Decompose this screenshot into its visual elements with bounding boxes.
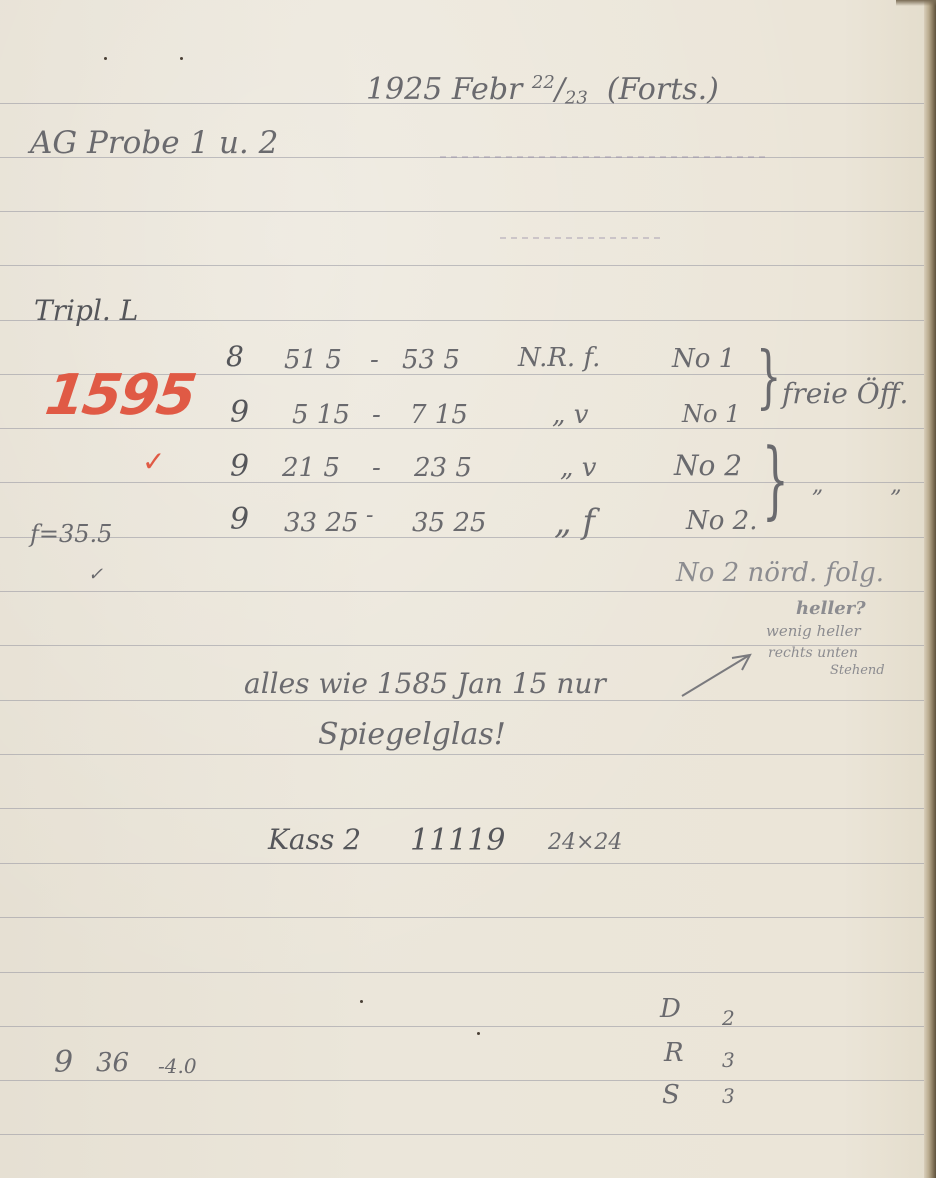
exposure-note: „ v [560,455,596,481]
ruled-line [0,754,924,755]
remark-line2: Spiegelglas! [318,720,506,750]
exposure-sep: - [372,455,381,481]
paper-speck [477,1032,480,1035]
exposure-note: „ v [552,402,588,428]
group1-brace: } [756,344,781,412]
instrument-label: Tripl. L [34,297,138,325]
entry-date: 1925 Febr 22/23 (Forts.) [366,74,719,107]
exposure-sep: - [372,402,381,428]
paper-speck [180,57,183,60]
ruled-line [0,1026,924,1027]
exposure-sep: - [370,347,379,373]
exposure-hour: 8 [226,343,244,371]
notebook-binding-edge [924,0,936,1178]
bleed-through-mark [500,237,660,239]
exposure-hour: 9 [230,398,249,428]
ruled-line [0,808,924,809]
rating-letter: S [662,1082,680,1108]
side-note-line4: rechts unten [768,646,858,660]
ruled-line [0,1134,924,1135]
ruled-line [0,265,924,266]
remark-line1: alles wie 1585 Jan 15 nur [244,670,606,698]
bottom-hour: 9 [54,1048,73,1078]
exposure-end: 35 25 [412,510,486,536]
exposure-note: „ f [554,505,595,539]
ruled-line [0,591,924,592]
paper-speck [104,57,107,60]
ruled-line [0,320,924,321]
exposure-end: 7 15 [410,402,468,428]
paper-speck [360,1000,363,1003]
exposure-series: No 1 [672,346,735,372]
notebook-page: 1925 Febr 22/23 (Forts.) AG Probe 1 u. 2… [0,0,936,1178]
group2-brace: } [762,438,789,522]
exposure-end: 23 5 [414,455,472,481]
exposure-series: No 1 [682,402,740,426]
cassette-number: 11119 [410,826,505,856]
exposure-hour: 9 [230,452,249,482]
side-note-line1: No 2 nörd. folg. [676,560,884,586]
ruled-line [0,211,924,212]
ruled-line [0,1080,924,1081]
bleed-through-mark [440,156,770,158]
exposure-note: N.R. f. [518,345,600,371]
group1-note: freie Öff. [782,380,908,408]
side-note-line2: heller? [796,600,866,618]
group2-ditto: „ „ [812,475,932,497]
bottom-value: -4.0 [158,1056,197,1076]
exposure-start: 5 15 [292,402,350,428]
focus-value: f=35.5 [30,522,112,546]
exposure-hour: 9 [230,505,249,535]
ruled-line [0,863,924,864]
continuation-note: (Forts.) [607,72,719,107]
plate-check-mark: ✓ [142,448,165,476]
ruled-line [0,917,924,918]
cassette-size: 24×24 [548,832,622,854]
exposure-start: 33 25 [284,510,358,536]
exposure-start: 51 5 [284,347,342,373]
cassette-label: Kass 2 [268,826,361,854]
rating-value: 3 [722,1086,735,1106]
bottom-minute: 36 [96,1050,129,1076]
day-denominator: 23 [565,87,588,108]
side-note-line3: wenig heller [766,624,861,639]
subject-heading: AG Probe 1 u. 2 [30,128,278,159]
date-text: 1925 Febr [366,72,522,107]
focus-check-mark: ✓ [88,566,103,584]
exposure-end: 53 5 [402,347,460,373]
rating-letter: R [664,1040,684,1066]
exposure-sep: - [366,505,373,527]
ruled-line [0,972,924,973]
plate-number: 1595 [42,368,198,424]
ruled-line [0,700,924,701]
day-numerator: 22 [532,72,555,93]
rating-value: 2 [722,1008,735,1028]
rating-letter: D [660,996,681,1022]
exposure-series: No 2. [686,508,757,534]
binding-top-shadow [896,0,936,6]
exposure-start: 21 5 [282,455,340,481]
side-note-line5: Stehend [830,664,885,677]
arrow-icon [680,650,760,700]
exposure-series: No 2 [674,452,742,480]
rating-value: 3 [722,1050,735,1070]
